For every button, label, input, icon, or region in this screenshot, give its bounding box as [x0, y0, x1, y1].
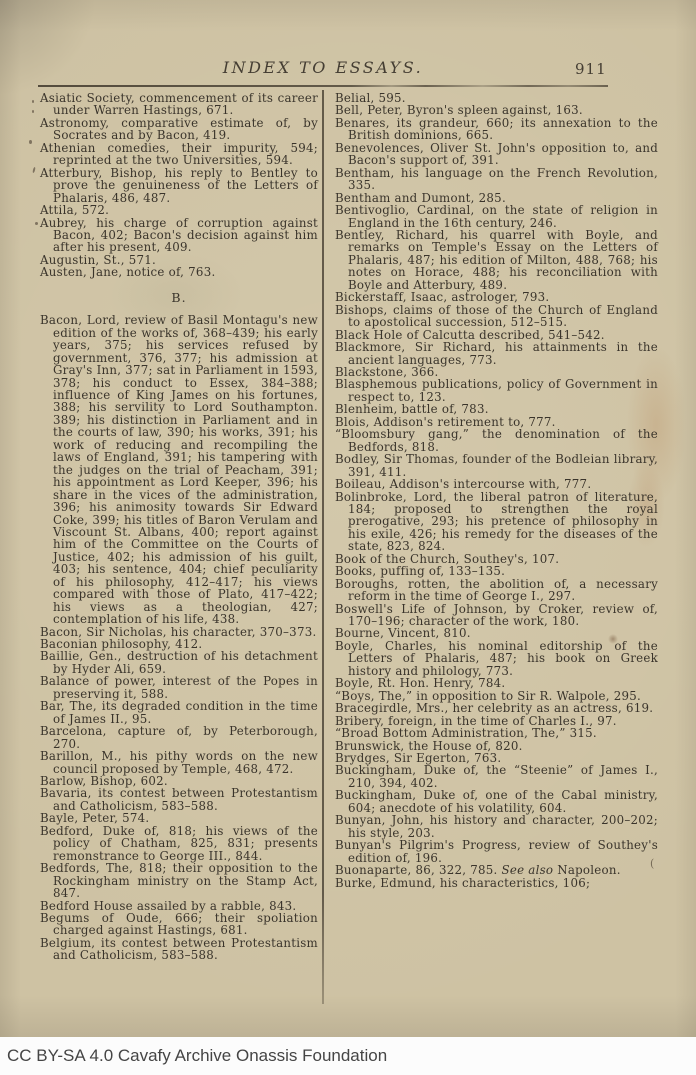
license-text: CC BY-SA 4.0 Cavafy Archive Onassis Foun…	[0, 1046, 387, 1065]
index-entry: Begums of Oude, 666; their spoliation ch…	[40, 912, 318, 937]
index-entry: Belgium, its contest between Protestanti…	[40, 937, 318, 962]
attribution-bar: CC BY-SA 4.0 Cavafy Archive Onassis Foun…	[0, 1037, 696, 1075]
index-entry: Bedford, Duke of, 818; his views of the …	[40, 825, 318, 862]
index-entry: Bolinbroke, Lord, the liberal patron of …	[335, 491, 658, 553]
index-entry: Boroughs, rotten, the abolition of, a ne…	[335, 578, 658, 603]
index-entry: Bentley, Richard, his quarrel with Boyle…	[335, 229, 658, 291]
ink-speck	[29, 140, 32, 144]
right-column: Belial, 595.Bell, Peter, Byron's spleen …	[335, 92, 658, 889]
index-entry: Burke, Edmund, his characteristics, 106;	[335, 877, 658, 889]
index-entry: Benares, its grandeur, 660; its annexati…	[335, 117, 658, 142]
index-entry: Bentham, his language on the French Revo…	[335, 167, 658, 192]
index-entry: Buonaparte, 86, 322, 785. See also Napol…	[335, 864, 658, 876]
index-entry: Blackmore, Sir Richard, his attainments …	[335, 341, 658, 366]
index-entry: Bickerstaff, Isaac, astrologer, 793.	[335, 291, 658, 303]
index-entry: Bunyan, John, his history and character,…	[335, 814, 658, 839]
index-entry: Bentivoglio, Cardinal, on the state of r…	[335, 204, 658, 229]
index-entry: Blenheim, battle of, 783.	[335, 403, 658, 415]
index-entry: Bodley, Sir Thomas, founder of the Bodle…	[335, 453, 658, 478]
index-entry: Astronomy, comparative estimate of, by S…	[40, 117, 318, 142]
index-entry: Benevolences, Oliver St. John's oppositi…	[335, 142, 658, 167]
index-entry: Bacon, Lord, review of Basil Montagu's n…	[40, 314, 318, 625]
index-entry: Bishops, claims of those of the Church o…	[335, 304, 658, 329]
index-entry: Bracegirdle, Mrs., her celebrity as an a…	[335, 702, 658, 714]
index-entry: Books, puffing of, 133–135.	[335, 565, 658, 577]
ink-speck	[32, 110, 34, 113]
page-number: 911	[575, 60, 607, 78]
index-entries-b: Bacon, Lord, review of Basil Montagu's n…	[40, 314, 318, 962]
column-divider	[322, 90, 324, 1004]
index-entry: Aubrey, his charge of corruption against…	[40, 217, 318, 254]
index-entry: Balance of power, interest of the Popes …	[40, 675, 318, 700]
header-rule	[38, 85, 608, 87]
paren-mark: (	[650, 858, 654, 869]
index-entry: Boyle, Rt. Hon. Henry, 784.	[335, 677, 658, 689]
index-entry: Bayle, Peter, 574.	[40, 812, 318, 824]
index-entry: Bar, The, its degraded condition in the …	[40, 700, 318, 725]
index-entry: Baillie, Gen., destruction of his detach…	[40, 650, 318, 675]
index-entry: Asiatic Society, commencement of its car…	[40, 92, 318, 117]
index-entry: Atterbury, Bishop, his reply to Bentley …	[40, 167, 318, 204]
index-entry: Bunyan's Pilgrim's Progress, review of S…	[335, 839, 658, 864]
index-entry: Boileau, Addison's intercourse with, 777…	[335, 478, 658, 490]
index-entry: Bavaria, its contest between Protestanti…	[40, 787, 318, 812]
ink-speck	[35, 222, 38, 225]
scanned-page: INDEX TO ESSAYS. 911 Asiatic Society, co…	[0, 0, 696, 1037]
ink-speck	[32, 100, 34, 103]
section-heading-b: B.	[40, 279, 318, 314]
index-entry: “Bloomsbury gang,” the denomination of t…	[335, 428, 658, 453]
page-title: INDEX TO ESSAYS.	[38, 58, 608, 77]
index-entry: Buckingham, Duke of, one of the Cabal mi…	[335, 789, 658, 814]
index-entry: Barillon, M., his pithy words on the new…	[40, 750, 318, 775]
index-entry: Buckingham, Duke of, the “Steenie” of Ja…	[335, 764, 658, 789]
ink-speck	[32, 167, 35, 173]
index-entry: Austen, Jane, notice of, 763.	[40, 266, 318, 278]
index-entry: Boswell's Life of Johnson, by Croker, re…	[335, 603, 658, 628]
index-entry: “Broad Bottom Administration, The,” 315.	[335, 727, 658, 739]
index-entry: Athenian comedies, their impurity, 594; …	[40, 142, 318, 167]
index-entry: Barcelona, capture of, by Peterborough, …	[40, 725, 318, 750]
index-entry: Bedfords, The, 818; their opposition to …	[40, 862, 318, 899]
index-entry: Boyle, Charles, his nominal editorship o…	[335, 640, 658, 677]
index-entries-right: Belial, 595.Bell, Peter, Byron's spleen …	[335, 92, 658, 889]
index-entry: Blasphemous publications, policy of Gove…	[335, 378, 658, 403]
left-column: Asiatic Society, commencement of its car…	[40, 92, 318, 962]
index-entry: Attila, 572.	[40, 204, 318, 216]
index-entries-a: Asiatic Society, commencement of its car…	[40, 92, 318, 279]
